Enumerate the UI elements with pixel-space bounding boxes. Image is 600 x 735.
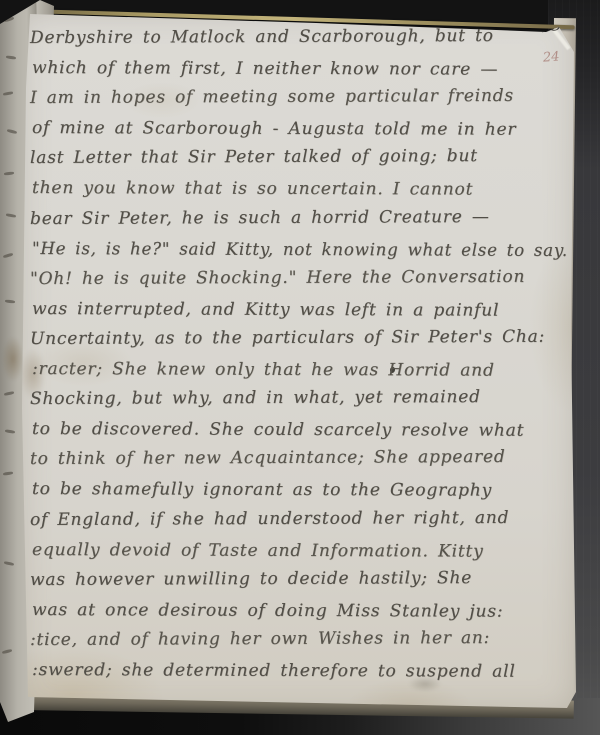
manuscript-line: "Oh! he is quite Shocking." Here the Con… [30, 261, 566, 293]
manuscript-line: Shocking, but why, and in what, yet rema… [30, 382, 566, 414]
manuscript-line: then you know that is so uncertain. I ca… [32, 173, 568, 205]
facing-page-ink-fragment [6, 213, 16, 217]
manuscript-photograph: 45 24 Derbyshire to Matlock and Scarboro… [0, 0, 600, 735]
manuscript-line: to be shamefully ignorant as to the Geog… [32, 474, 568, 506]
facing-page-ink-fragment [5, 299, 15, 303]
manuscript-line: "He is, is he?" said Kitty, not knowing … [32, 234, 553, 266]
facing-page-ink-fragment [3, 471, 13, 475]
facing-page-ink-fragment [6, 55, 16, 59]
facing-page-ink-fragment [5, 429, 15, 433]
facing-page-ink-fragment [4, 17, 14, 23]
facing-page-ink-fragment [3, 253, 13, 258]
manuscript-page: 45 24 Derbyshire to Matlock and Scarboro… [16, 8, 578, 716]
manuscript-line: Uncertainty, as to the particulars of Si… [30, 322, 566, 354]
manuscript-line: was however unwilling to decide hastily;… [30, 562, 566, 594]
manuscript-line: bear Sir Peter, he is such a horrid Crea… [30, 201, 566, 233]
manuscript-line: to think of her new Acquaintance; She ap… [30, 442, 566, 474]
manuscript-line: was at once desirous of doing Miss Stanl… [32, 595, 568, 627]
facing-page-ink-fragment [4, 171, 14, 175]
manuscript-line: I am in hopes of meeting some particular… [30, 81, 566, 113]
facing-page-ink-fragment [4, 391, 14, 396]
manuscript-line: :swered; she determined therefore to sus… [32, 655, 568, 687]
manuscript-line: equally devoid of Taste and Information.… [32, 535, 568, 567]
manuscript-line: of England, if she had understood her ri… [30, 502, 566, 534]
gutter-stain [2, 336, 24, 382]
facing-page-ink-fragment [7, 129, 17, 134]
manuscript-line: :tice, and of having her own Wishes in h… [30, 623, 566, 655]
facing-page-ink-fragment [3, 91, 13, 95]
facing-page-ink-fragment [4, 561, 14, 566]
manuscript-line: last Letter that Sir Peter talked of goi… [30, 141, 566, 173]
facing-page-ink-fragment [2, 649, 12, 654]
handwritten-text-block: Derbyshire to Matlock and Scarborough, b… [30, 23, 566, 685]
